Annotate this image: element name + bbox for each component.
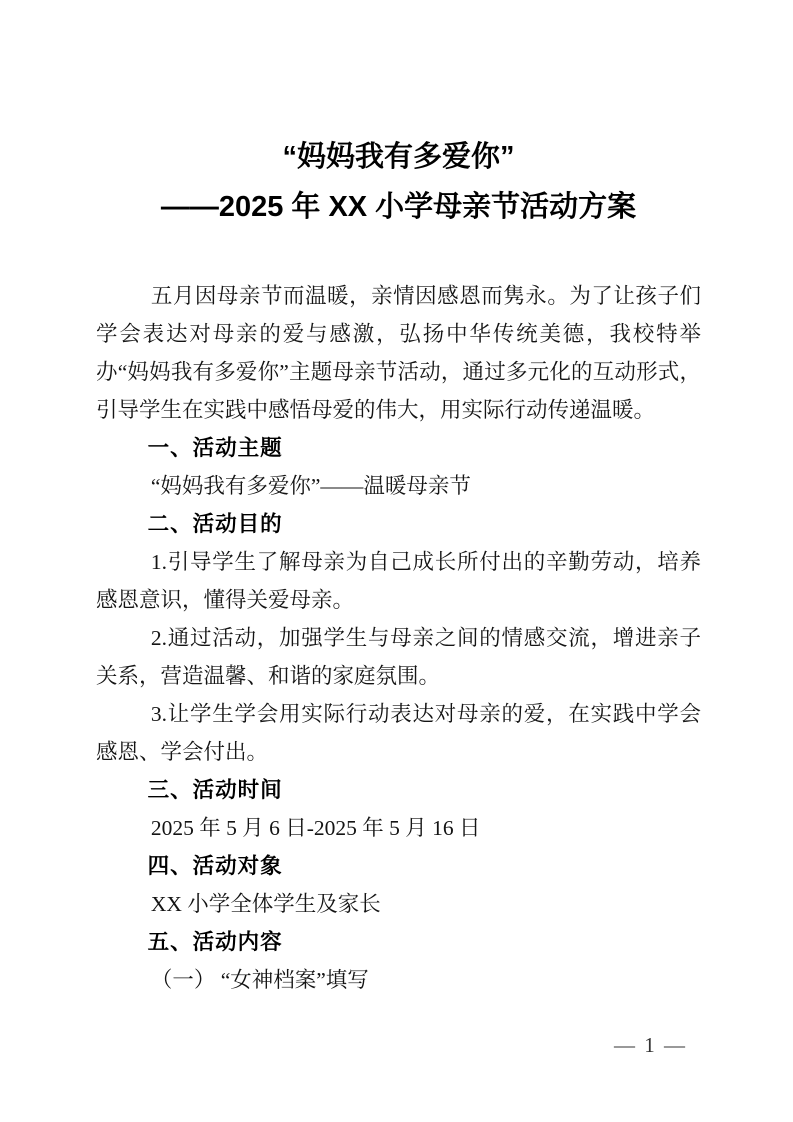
content-sub-item-1: （一） “女神档案”填写 <box>96 961 701 999</box>
page-number: — 1 — <box>614 1026 687 1064</box>
section-heading-theme: 一、活动主题 <box>96 429 701 467</box>
purpose-item-2: 2.通过活动，加强学生与母亲之间的情感交流，增进亲子关系，营造温馨、和谐的家庭氛… <box>96 619 701 695</box>
doc-title-line1: “妈妈我有多爱你” <box>96 132 701 182</box>
activity-time-text: 2025 年 5 月 6 日-2025 年 5 月 16 日 <box>96 809 701 847</box>
activity-audience-text: XX 小学全体学生及家长 <box>96 885 701 923</box>
purpose-item-1: 1.引导学生了解母亲为自己成长所付出的辛勤劳动，培养感恩意识，懂得关爱母亲。 <box>96 543 701 619</box>
doc-title-line2: ——2025 年 XX 小学母亲节活动方案 <box>96 182 701 232</box>
document-page: “妈妈我有多爱你” ——2025 年 XX 小学母亲节活动方案 五月因母亲节而温… <box>0 0 793 1122</box>
theme-text: “妈妈我有多爱你”——温暖母亲节 <box>96 467 701 505</box>
section-heading-audience: 四、活动对象 <box>96 847 701 885</box>
section-heading-time: 三、活动时间 <box>96 771 701 809</box>
section-heading-content: 五、活动内容 <box>96 923 701 961</box>
intro-paragraph: 五月因母亲节而温暖，亲情因感恩而隽永。为了让孩子们学会表达对母亲的爱与感激，弘扬… <box>96 277 701 429</box>
section-heading-purpose: 二、活动目的 <box>96 505 701 543</box>
purpose-item-3: 3.让学生学会用实际行动表达对母亲的爱，在实践中学会感恩、学会付出。 <box>96 695 701 771</box>
